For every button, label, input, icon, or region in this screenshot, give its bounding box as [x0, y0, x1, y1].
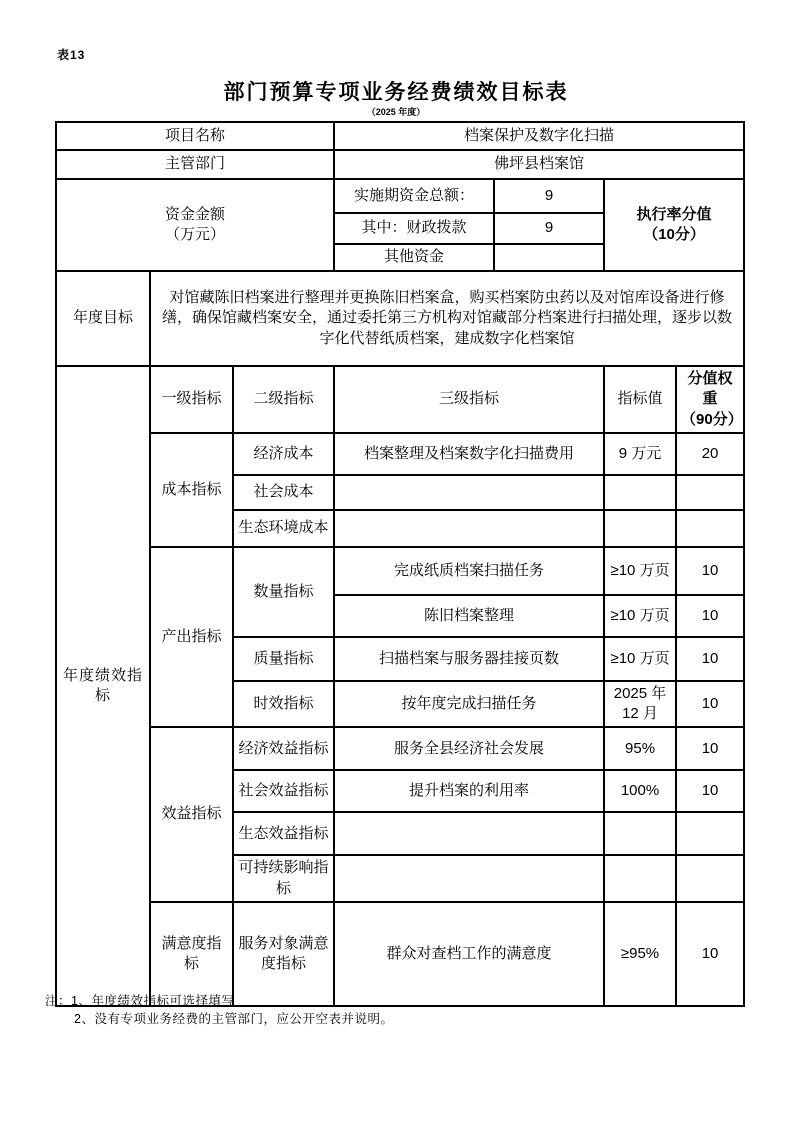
header-level1-cell: 一级指标 — [150, 366, 233, 433]
indicator-value-cell: 95% — [604, 727, 676, 770]
header-level3-cell: 三级指标 — [334, 366, 604, 433]
level3-cell: 按年度完成扫描任务 — [334, 681, 604, 728]
indicator-value-cell: 9 万元 — [604, 433, 676, 475]
funding-other-label-cell: 其他资金 — [334, 244, 494, 271]
output-indicator-group-cell: 产出指标 — [150, 547, 233, 728]
quantity-indicator-cell: 数量指标 — [233, 547, 334, 637]
indicator-weight-cell: 10 — [676, 637, 744, 681]
indicator-weight-cell — [676, 812, 744, 855]
level2-cell: 可持续影响指标 — [233, 855, 334, 902]
level2-cell: 时效指标 — [233, 681, 334, 728]
level3-cell: 完成纸质档案扫描任务 — [334, 547, 604, 595]
level3-cell — [334, 510, 604, 547]
indicator-value-cell — [604, 855, 676, 902]
level2-cell: 社会效益指标 — [233, 770, 334, 812]
cost-indicator-group-cell: 成本指标 — [150, 433, 233, 547]
performance-target-table: 项目名称 档案保护及数字化扫描 主管部门 佛坪县档案馆 资金金额 （万元） 实施… — [55, 121, 745, 1007]
funding-total-value-cell: 9 — [494, 179, 604, 213]
level2-cell: 服务对象满意度指标 — [233, 902, 334, 1006]
indicator-weight-cell: 10 — [676, 727, 744, 770]
indicator-weight-cell: 20 — [676, 433, 744, 475]
row-satisfaction: 满意度指标 服务对象满意度指标 群众对查档工作的满意度 ≥95% 10 — [56, 902, 744, 1006]
header-weight-cell: 分值权重 （90分） — [676, 366, 744, 433]
project-name-label-cell: 项目名称 — [56, 122, 334, 150]
page-title: 部门预算专项业务经费绩效目标表 — [0, 76, 792, 106]
indicator-weight-cell — [676, 510, 744, 547]
row-indicator-header: 年度绩效指标 一级指标 二级指标 三级指标 指标值 分值权重 （90分） — [56, 366, 744, 433]
level2-cell: 生态环境成本 — [233, 510, 334, 547]
level3-cell — [334, 812, 604, 855]
annual-goal-text-cell: 对馆藏陈旧档案进行整理并更换陈旧档案盒，购买档案防虫药以及对馆库设备进行修缮，确… — [150, 271, 744, 366]
annual-goal-label-cell: 年度目标 — [56, 271, 150, 366]
row-scan-task: 产出指标 数量指标 完成纸质档案扫描任务 ≥10 万页 10 — [56, 547, 744, 595]
satisfaction-indicator-group-cell: 满意度指标 — [150, 902, 233, 1006]
project-name-value-cell: 档案保护及数字化扫描 — [334, 122, 744, 150]
level3-cell: 提升档案的利用率 — [334, 770, 604, 812]
level3-cell: 档案整理及档案数字化扫描费用 — [334, 433, 604, 475]
level3-cell — [334, 855, 604, 902]
indicator-value-cell: ≥95% — [604, 902, 676, 1006]
row-annual-goal: 年度目标 对馆藏陈旧档案进行整理并更换陈旧档案盒，购买档案防虫药以及对馆库设备进… — [56, 271, 744, 366]
indicator-value-cell — [604, 475, 676, 510]
footnote-1: 注：1、年度绩效指标可选择填写 — [45, 992, 393, 1010]
row-economic-benefit: 效益指标 经济效益指标 服务全县经济社会发展 95% 10 — [56, 727, 744, 770]
header-level2-cell: 二级指标 — [233, 366, 334, 433]
indicator-value-cell: ≥10 万页 — [604, 547, 676, 595]
level2-cell: 经济效益指标 — [233, 727, 334, 770]
execution-rate-score-cell: 执行率分值 （10分） — [604, 179, 744, 271]
indicator-value-cell — [604, 812, 676, 855]
indicator-value-cell — [604, 510, 676, 547]
row-funding-total: 资金金额 （万元） 实施期资金总额： 9 执行率分值 （10分） — [56, 179, 744, 213]
funding-fiscal-label-cell: 其中：财政拨款 — [334, 213, 494, 244]
level2-cell: 质量指标 — [233, 637, 334, 681]
level2-cell: 社会成本 — [233, 475, 334, 510]
indicator-weight-cell — [676, 475, 744, 510]
footnotes: 注：1、年度绩效指标可选择填写 2、没有专项业务经费的主管部门，应公开空表并说明… — [45, 992, 393, 1028]
row-department: 主管部门 佛坪县档案馆 — [56, 150, 744, 179]
indicator-value-cell: 2025 年 12 月 — [604, 681, 676, 728]
department-value-cell: 佛坪县档案馆 — [334, 150, 744, 179]
indicator-weight-cell: 10 — [676, 547, 744, 595]
annual-performance-indicator-cell: 年度绩效指标 — [56, 366, 150, 1006]
row-project-name: 项目名称 档案保护及数字化扫描 — [56, 122, 744, 150]
level3-cell: 群众对查档工作的满意度 — [334, 902, 604, 1006]
level3-cell: 服务全县经济社会发展 — [334, 727, 604, 770]
indicator-value-cell: ≥10 万页 — [604, 595, 676, 637]
funding-other-value-cell — [494, 244, 604, 271]
level2-cell: 生态效益指标 — [233, 812, 334, 855]
benefit-indicator-group-cell: 效益指标 — [150, 727, 233, 902]
indicator-weight-cell: 10 — [676, 902, 744, 1006]
funding-total-label-cell: 实施期资金总额： — [334, 179, 494, 213]
department-label-cell: 主管部门 — [56, 150, 334, 179]
indicator-weight-cell: 10 — [676, 681, 744, 728]
page-subtitle: （2025 年度） — [0, 105, 792, 118]
row-economic-cost: 成本指标 经济成本 档案整理及档案数字化扫描费用 9 万元 20 — [56, 433, 744, 475]
indicator-value-cell: ≥10 万页 — [604, 637, 676, 681]
level3-cell: 扫描档案与服务器挂接页数 — [334, 637, 604, 681]
indicator-weight-cell: 10 — [676, 595, 744, 637]
level3-cell — [334, 475, 604, 510]
funding-amount-label-cell: 资金金额 （万元） — [56, 179, 334, 271]
footnote-2: 2、没有专项业务经费的主管部门，应公开空表并说明。 — [45, 1010, 393, 1028]
header-value-cell: 指标值 — [604, 366, 676, 433]
indicator-weight-cell: 10 — [676, 770, 744, 812]
funding-fiscal-value-cell: 9 — [494, 213, 604, 244]
indicator-value-cell: 100% — [604, 770, 676, 812]
sheet-label: 表13 — [57, 46, 85, 63]
level3-cell: 陈旧档案整理 — [334, 595, 604, 637]
level2-cell: 经济成本 — [233, 433, 334, 475]
indicator-weight-cell — [676, 855, 744, 902]
